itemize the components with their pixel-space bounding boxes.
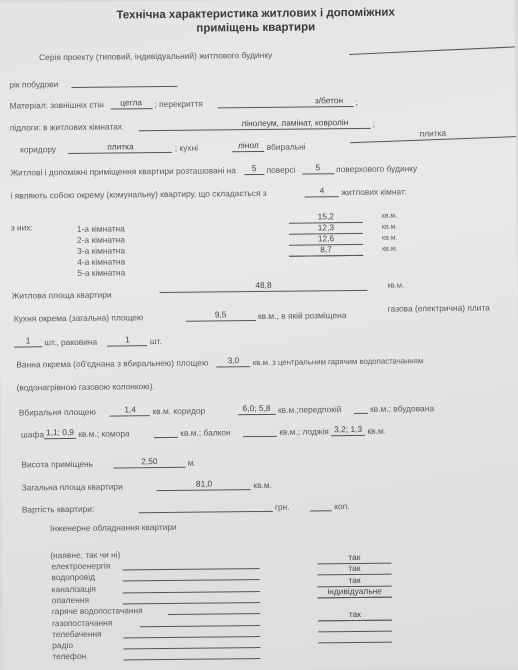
sink-label: раковина [61, 337, 97, 347]
document-page: Технічна характеристика житлових і допом… [0, 0, 518, 670]
corridor-area-value: 6,0; 5,8 [238, 403, 276, 415]
room-area-value [289, 255, 363, 257]
height-value: 2,50 [113, 456, 185, 469]
floors-label: ; перекриття [154, 99, 202, 110]
year-field [71, 86, 177, 88]
pantry-value [154, 437, 178, 438]
living-area-label: Житлова площа квартири [12, 290, 112, 301]
floor-rooms-label: підлоги: в житлових кімнатах [10, 121, 122, 132]
balcony-value [243, 436, 277, 437]
floor-label: поверсі [267, 165, 296, 175]
equipment-label: опалення [52, 595, 89, 605]
year-label: рік побудови [9, 79, 58, 90]
sink-count-value: 1 [107, 334, 147, 346]
hall-area-label: кв.м.;передпокій [278, 404, 342, 415]
pantry-label: кв.м.; комора [78, 428, 129, 439]
kitchen-mid-label: кв.м., в якій розміщена [258, 310, 347, 321]
wardrobe-label: шафа [21, 429, 44, 439]
equipment-label: газопостачання [52, 617, 112, 628]
equipment-blank-line [168, 613, 260, 615]
equipment-value [318, 597, 392, 599]
sink-pcs-label: шт. [150, 336, 162, 346]
rooms-list: 1-а кімнатна15,2кв.м.2-а кімнатна12,3кв.… [0, 0, 514, 3]
total-floors-label: поверхового будинку [336, 163, 417, 174]
equipment-blank-line [123, 647, 260, 649]
composition-label: і являють собою окрему (комунальну) квар… [10, 188, 266, 201]
stove-pcs-label: шт., [44, 337, 58, 347]
cost-kop-value [310, 510, 332, 511]
room-area-unit: кв.м. [382, 246, 398, 253]
equipment-label: водопровід [51, 572, 95, 582]
cost-label: Вартість квартири: [22, 504, 95, 515]
total-area-value: 81,0 [157, 478, 251, 491]
corridor-value: плитка [68, 141, 172, 154]
room-label: 4-а кімнатна [77, 256, 125, 267]
bath-label: Ванна окрема (об'єднана з вбиральнею) пл… [16, 358, 208, 370]
total-area-unit: кв.м. [253, 480, 272, 490]
equipment-value [318, 619, 392, 621]
height-label: Висота приміщень [21, 459, 93, 470]
kitchen-row: Кухня окрема (загальна) площею 9,5 кв.м.… [14, 308, 347, 323]
equipment-blank-line [123, 636, 260, 638]
cost-kop-label: коп. [334, 501, 349, 511]
room-area-unit: кв.м. [382, 213, 398, 220]
composition-row: і являють собою окрему (комунальну) квар… [10, 184, 407, 200]
bath-suffix: кв.м. з центральним гарячим водопастачан… [253, 356, 424, 367]
rooms-count-value: 4 [305, 185, 339, 197]
bath-line-2: (водонагрівною газовою колонкою). [16, 381, 154, 392]
total-area-label: Загальна площа квартири [22, 481, 123, 492]
floor-value: 5 [244, 163, 264, 175]
kitchen-area-value: 9,5 [186, 309, 256, 322]
rooms-intro: з них: [11, 222, 33, 232]
equipment-label: гаряче водопостачання [52, 605, 143, 616]
total-floors-value: 5 [302, 162, 334, 174]
balcony-label: кв.м.; балкон [180, 427, 230, 438]
hall-area-value [354, 413, 368, 414]
equipment-blank-line [123, 602, 260, 604]
cost-row: Вартість квартири: грн. коп. [22, 501, 350, 514]
equipment-blank-line [123, 658, 260, 660]
height-unit: м. [188, 458, 196, 468]
kitchen-label: Кухня окрема (загальна) площею [14, 312, 144, 323]
rooms-count-label: житлових кімнат: [341, 186, 407, 197]
walls-value: цегла [110, 97, 152, 109]
room-label: 2-а кімнатна [77, 234, 125, 245]
materials-row: Матеріал: зовнішніх стін цегла ; перекри… [10, 95, 358, 111]
room-area-unit: кв.м. [382, 224, 398, 231]
kitchen-floor-label: ; кухні [175, 143, 198, 153]
equipment-label: електроенергія [51, 561, 110, 572]
room-label: 3-а кімнатна [77, 245, 125, 256]
kitchen-floor-value: лінол [232, 140, 264, 152]
wardrobe-value: 1,1; 0,9 [44, 427, 76, 439]
total-area-row: Загальна площа квартири 81,0 кв.м. [22, 478, 272, 493]
height-row: Висота приміщень 2,50 м. [21, 456, 196, 470]
bathroom-floor-label: вбиральні [267, 142, 306, 152]
engineering-title: Інженерне обладнання квартири [50, 522, 177, 533]
bath-row: Ванна окрема (об'єднана з вбиральнею) пл… [16, 353, 423, 369]
storage-row: шафа1,1; 0,9 кв.м.; комора кв.м.; балкон… [21, 424, 386, 440]
floors-value: з/бетон [217, 95, 353, 108]
equipment-label: каналізація [52, 583, 96, 593]
builtin-label: кв.м.; вбудована [370, 403, 434, 414]
equipment-blank-line [123, 591, 260, 593]
location-label: Житлові і допоміжні приміщення квартири … [10, 165, 236, 177]
equipment-label: телефон [52, 651, 86, 661]
equipment-value [318, 642, 392, 644]
floor-rooms-row: підлоги: в житлових кімнатах лінолеум, л… [10, 117, 375, 133]
floor-rooms-value: лінолеум, ламінат, ковролін [138, 117, 370, 131]
stove-count-value: 1 [14, 335, 42, 347]
title-line-2: приміщень квартири [0, 19, 515, 36]
engineering-subtitle: (наявне, так чи ні) [50, 549, 120, 560]
toilet-label: Вбиральня площею [19, 407, 96, 418]
living-area-unit: кв.м. [387, 280, 404, 289]
loggia-unit: кв.м. [367, 426, 386, 436]
equipment-label: телебачення [52, 628, 102, 639]
equipment-value [318, 631, 392, 633]
floor-other-row: коридору плитка ; кухні лінол вбиральні [20, 140, 306, 155]
living-area-value: 48,8 [159, 279, 367, 293]
engineering-list: електроенергіятакводопровідтакканалізаці… [0, 0, 514, 3]
cost-uah-label: грн. [275, 502, 290, 512]
corridor-label: коридору [20, 144, 56, 154]
equipment-blank-line [123, 579, 260, 581]
series-field [349, 46, 515, 55]
equipment-label: радіо [52, 640, 73, 650]
room-area-unit: кв.м. [382, 235, 398, 242]
walls-label: Матеріал: зовнішніх стін [10, 100, 104, 111]
kitchen-equipment-row: 1 шт., раковина 1 шт. [14, 334, 162, 348]
room-label: 1-а кімнатна [77, 223, 125, 234]
stove-label: газова (електрична) плита [388, 303, 490, 314]
series-label: Серія проекту (типовий, індивідуальний) … [39, 50, 272, 62]
toilet-area-value: 1,4 [110, 404, 150, 416]
loggia-value: 3,2; 1,3 [331, 424, 365, 436]
loggia-label: кв.м.; лоджія [279, 426, 329, 437]
corridor-area-label: кв.м. коридор [152, 406, 205, 417]
bath-area-value: 3,0 [216, 355, 250, 367]
location-row: Житлові і допоміжні приміщення квартири … [10, 161, 417, 177]
equipment-blank-line [122, 568, 259, 570]
cost-uah-value [139, 511, 273, 513]
toilet-row: Вбиральня площею 1,4 кв.м. коридор 6,0; … [19, 401, 434, 417]
equipment-blank-line [140, 625, 260, 627]
room-label: 5-а кімнатна [77, 267, 125, 278]
